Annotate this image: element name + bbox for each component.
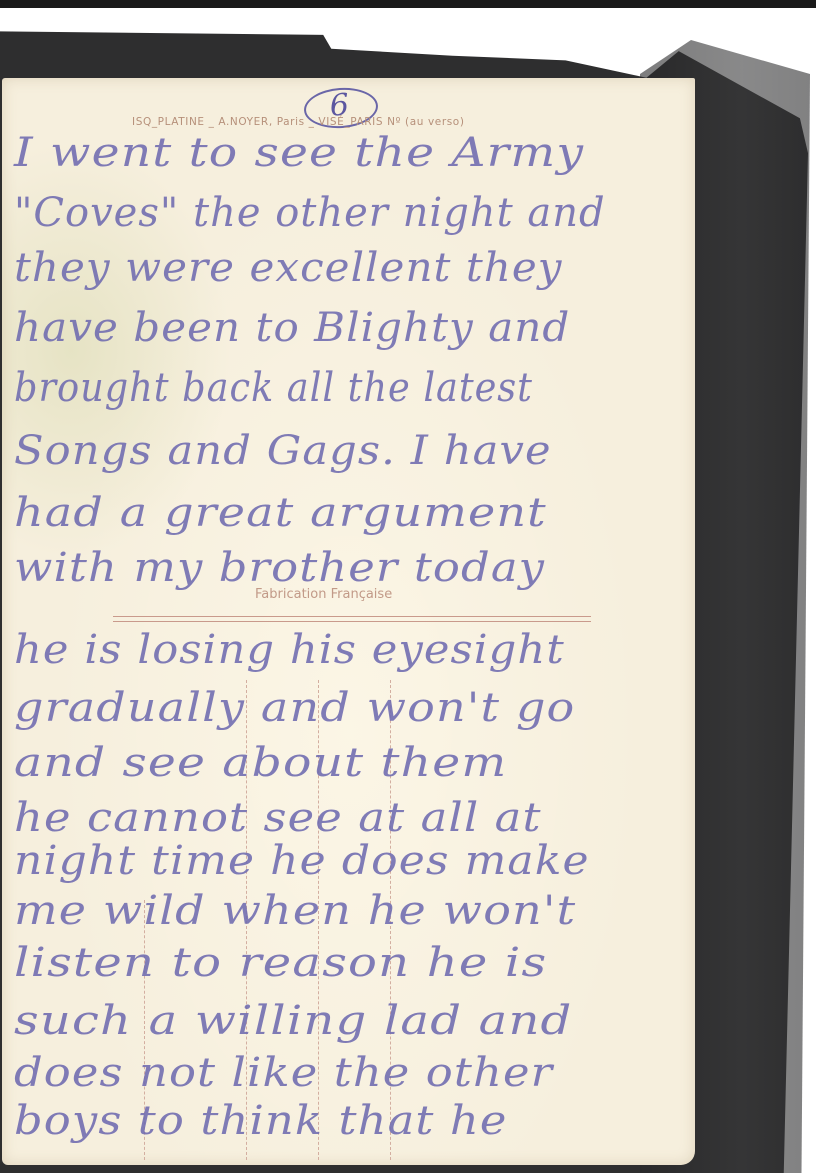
handwritten-line: "Coves" the other night and xyxy=(14,190,606,236)
printed-header: ISQ_PLATINE _ A.NOYER, Paris _ VISÉ_PARI… xyxy=(132,116,465,128)
handwritten-line: with my brother today xyxy=(14,545,545,591)
handwritten-line: listen to reason he is xyxy=(14,940,547,986)
handwritten-line: have been to Blighty and xyxy=(14,305,570,351)
handwritten-line: Songs and Gags. I have xyxy=(14,428,552,474)
divider-line xyxy=(113,616,591,617)
handwritten-line: brought back all the latest xyxy=(14,365,533,411)
handwritten-line: and see about them xyxy=(14,740,507,786)
handwritten-line: gradually and won't go xyxy=(14,685,575,731)
divider-line xyxy=(113,621,591,622)
handwritten-line: they were excellent they xyxy=(14,245,563,291)
handwritten-line: I went to see the Army xyxy=(14,130,584,176)
scanner-edge xyxy=(0,0,816,8)
handwritten-line: he is losing his eyesight xyxy=(14,627,565,673)
handwritten-line: such a willing lad and xyxy=(14,998,572,1044)
handwritten-line: does not like the other xyxy=(14,1050,553,1096)
handwritten-line: he cannot see at all at xyxy=(14,795,542,841)
handwritten-line: had a great argument xyxy=(14,490,547,536)
handwritten-line: boys to think that he xyxy=(14,1098,508,1144)
handwritten-line: night time he does make xyxy=(14,838,590,884)
handwritten-line: me wild when he won't xyxy=(14,888,576,934)
